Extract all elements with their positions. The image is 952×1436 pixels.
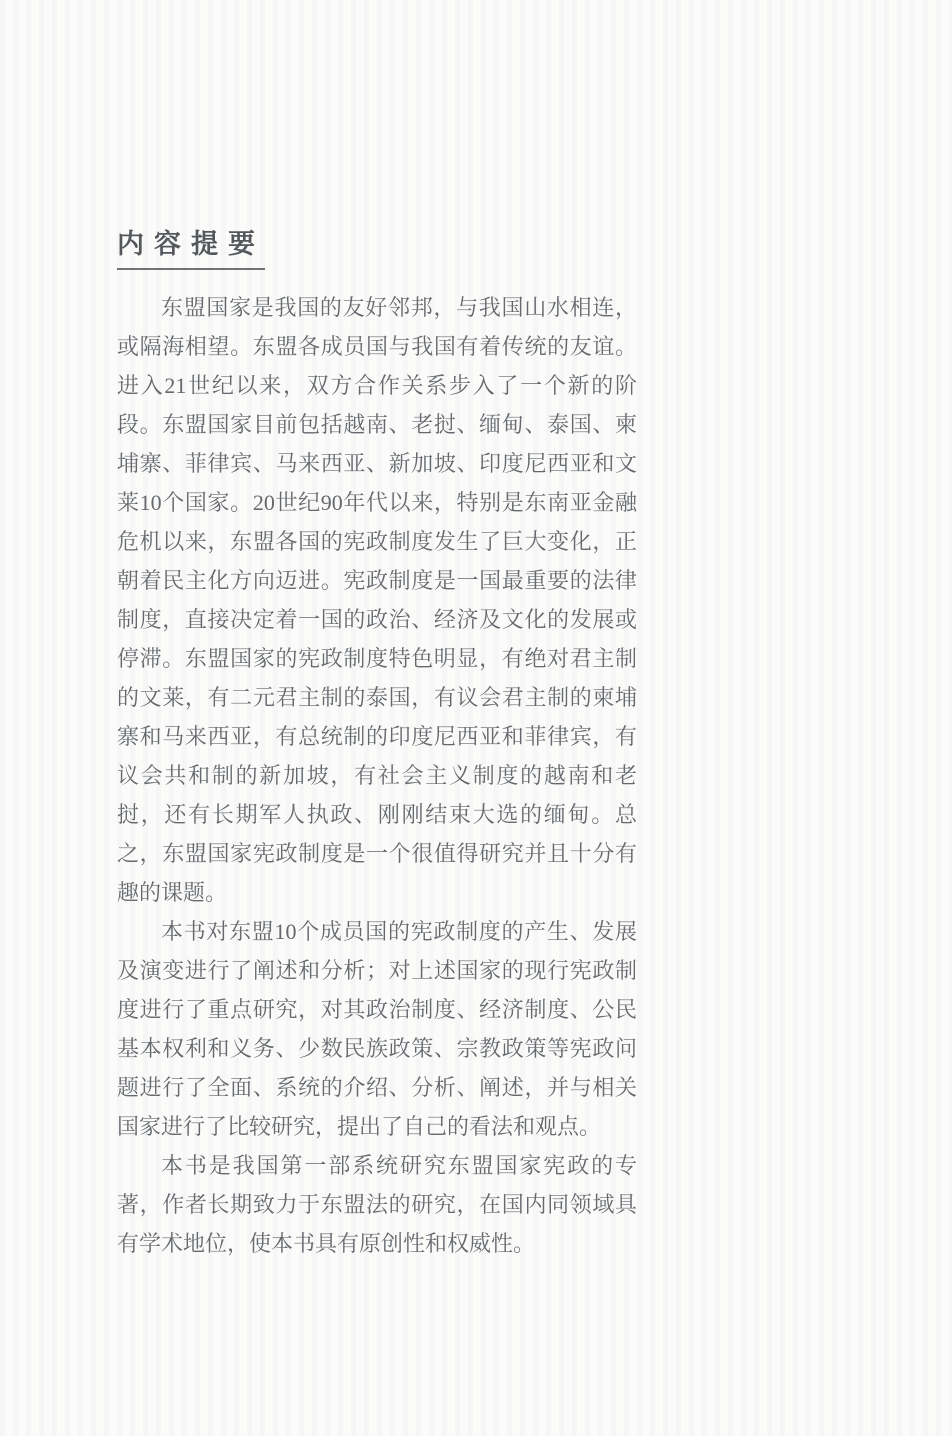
summary-paragraph: 本书是我国第一部系统研究东盟国家宪政的专著，作者长期致力于东盟法的研究，在国内同… [117, 1146, 637, 1263]
book-page: 内容提要 东盟国家是我国的友好邻邦，与我国山水相连，或隔海相望。东盟各成员国与我… [0, 0, 952, 1436]
page-title: 内容提要 [117, 227, 265, 270]
summary-text-block: 东盟国家是我国的友好邻邦，与我国山水相连，或隔海相望。东盟各成员国与我国有着传统… [117, 288, 637, 1263]
summary-paragraph: 东盟国家是我国的友好邻邦，与我国山水相连，或隔海相望。东盟各成员国与我国有着传统… [117, 288, 637, 912]
summary-paragraph: 本书对东盟10个成员国的宪政制度的产生、发展及演变进行了阐述和分析；对上述国家的… [117, 912, 637, 1146]
